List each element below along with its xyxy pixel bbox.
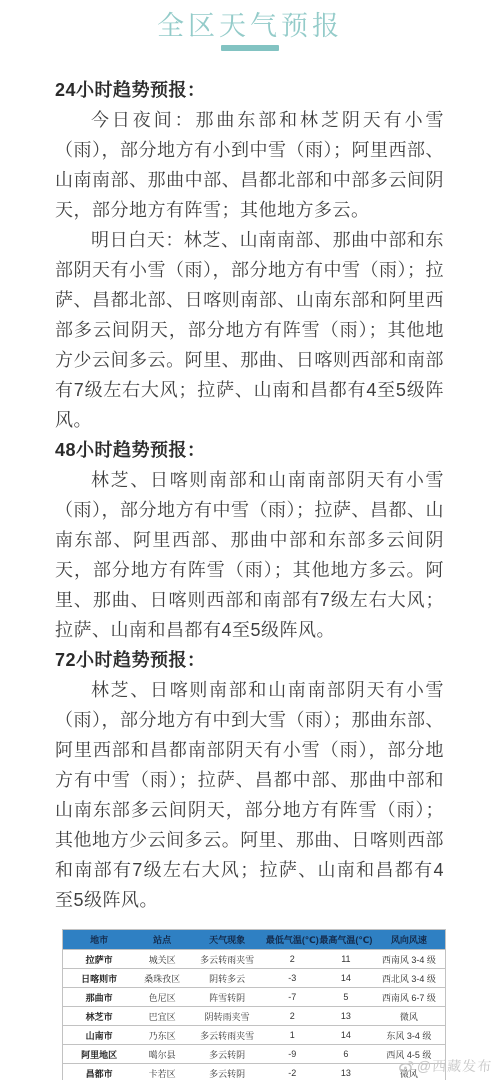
table-row: 林芝市 巴宜区 阴转雨夹雪 2 13 微风 xyxy=(63,1007,446,1026)
table-row: 拉萨市 城关区 多云转雨夹雪 2 11 西南风 3-4 级 xyxy=(63,950,446,969)
weather-bulletin: 全区天气预报 24小时趋势预报： 今日夜间：那曲东部和林芝阴天有小雪（雨），部分… xyxy=(0,0,500,1080)
table-cell-station: 乃东区 xyxy=(135,1026,189,1045)
table-cell-station: 噶尔县 xyxy=(135,1045,189,1064)
table-header-row: 地市 站点 天气现象 最低气温(℃) 最高气温(℃) 风向风速 xyxy=(63,930,446,950)
section-72h: 72小时趋势预报： 林芝、日喀则南部和山南南部阴天有小雪（雨），部分地方有中到大… xyxy=(55,645,444,915)
table-cell-tmin: 1 xyxy=(265,1026,319,1045)
column-header-tmax: 最高气温(℃) xyxy=(319,930,373,950)
table-cell-weather: 阵雪转阴 xyxy=(189,988,266,1007)
table-cell-station: 巴宜区 xyxy=(135,1007,189,1026)
table-cell-station: 卡若区 xyxy=(135,1064,189,1080)
table-cell-station: 色尼区 xyxy=(135,988,189,1007)
forecast-paragraph: 明日白天：林芝、山南南部、那曲中部和东部阴天有小雪（雨），部分地方有中雪（雨）；… xyxy=(55,225,444,435)
table-row: 那曲市 色尼区 阵雪转阴 -7 5 西南风 6-7 级 xyxy=(63,988,446,1007)
table-cell-wind: 东风 3-4 级 xyxy=(373,1026,446,1045)
table-cell-weather: 多云转雨夹雪 xyxy=(189,950,266,969)
table-cell-city: 山南市 xyxy=(63,1026,136,1045)
forecast-paragraph: 林芝、日喀则南部和山南南部阴天有小雪（雨），部分地方有中雪（雨）；拉萨、昌都、山… xyxy=(55,465,444,645)
table-cell-city: 那曲市 xyxy=(63,988,136,1007)
table-cell-wind: 西南风 3-4 级 xyxy=(373,950,446,969)
table-cell-wind: 西北风 3-4 级 xyxy=(373,969,446,988)
table-cell-station: 城关区 xyxy=(135,950,189,969)
table-cell-tmax: 6 xyxy=(319,1045,373,1064)
title-underline xyxy=(221,45,279,51)
table-cell-weather: 多云转阴 xyxy=(189,1045,266,1064)
table-cell-tmin: -9 xyxy=(265,1045,319,1064)
column-header-station: 站点 xyxy=(135,930,189,950)
table-cell-wind: 西南风 6-7 级 xyxy=(373,988,446,1007)
section-heading-72h: 72小时趋势预报： xyxy=(55,645,444,675)
forecast-paragraph: 今日夜间：那曲东部和林芝阴天有小雪（雨），部分地方有小到中雪（雨）；阿里西部、山… xyxy=(55,105,444,225)
table-cell-city: 日喀则市 xyxy=(63,969,136,988)
section-heading-48h: 48小时趋势预报： xyxy=(55,435,444,465)
table-cell-weather: 多云转阴 xyxy=(189,1064,266,1080)
table-cell-city: 林芝市 xyxy=(63,1007,136,1026)
table-cell-tmax: 5 xyxy=(319,988,373,1007)
table-cell-tmax: 14 xyxy=(319,1026,373,1045)
table-cell-city: 阿里地区 xyxy=(63,1045,136,1064)
table-cell-city: 拉萨市 xyxy=(63,950,136,969)
table-cell-tmin: 2 xyxy=(265,950,319,969)
table-cell-weather: 阴转雨夹雪 xyxy=(189,1007,266,1026)
table-row: 山南市 乃东区 多云转雨夹雪 1 14 东风 3-4 级 xyxy=(63,1026,446,1045)
forecast-body: 24小时趋势预报： 今日夜间：那曲东部和林芝阴天有小雪（雨），部分地方有小到中雪… xyxy=(55,75,444,915)
section-48h: 48小时趋势预报： 林芝、日喀则南部和山南南部阴天有小雪（雨），部分地方有中雪（… xyxy=(55,435,444,645)
table-cell-weather: 多云转雨夹雪 xyxy=(189,1026,266,1045)
column-header-tmin: 最低气温(℃) xyxy=(265,930,319,950)
table-cell-tmin: -3 xyxy=(265,969,319,988)
weibo-icon xyxy=(398,1059,414,1073)
table-row: 日喀则市 桑珠孜区 阴转多云 -3 14 西北风 3-4 级 xyxy=(63,969,446,988)
column-header-city: 地市 xyxy=(63,930,136,950)
bulletin-header: 全区天气预报 xyxy=(0,0,500,51)
table-cell-tmin: -7 xyxy=(265,988,319,1007)
watermark-text: @西藏发布 xyxy=(416,1056,493,1076)
column-header-wind: 风向风速 xyxy=(373,930,446,950)
table-cell-tmin: 2 xyxy=(265,1007,319,1026)
weibo-watermark: @西藏发布 xyxy=(398,1056,493,1076)
table-cell-city: 昌都市 xyxy=(63,1064,136,1080)
table-cell-station: 桑珠孜区 xyxy=(135,969,189,988)
page-title: 全区天气预报 xyxy=(0,10,500,43)
table-row: 阿里地区 噶尔县 多云转阴 -9 6 西风 4-5 级 xyxy=(63,1045,446,1064)
forecast-paragraph: 林芝、日喀则南部和山南南部阴天有小雪（雨），部分地方有中到大雪（雨）；那曲东部、… xyxy=(55,675,444,915)
city-weather-table: 地市 站点 天气现象 最低气温(℃) 最高气温(℃) 风向风速 拉萨市 城关区 … xyxy=(62,929,446,1080)
section-24h: 24小时趋势预报： 今日夜间：那曲东部和林芝阴天有小雪（雨），部分地方有小到中雪… xyxy=(55,75,444,435)
table-cell-tmax: 13 xyxy=(319,1064,373,1080)
table-cell-tmin: -2 xyxy=(265,1064,319,1080)
section-heading-24h: 24小时趋势预报： xyxy=(55,75,444,105)
table-cell-wind: 微风 xyxy=(373,1007,446,1026)
table-row: 昌都市 卡若区 多云转阴 -2 13 微风 xyxy=(63,1064,446,1080)
table-cell-tmax: 14 xyxy=(319,969,373,988)
table-cell-weather: 阴转多云 xyxy=(189,969,266,988)
table-cell-tmax: 13 xyxy=(319,1007,373,1026)
column-header-weather: 天气现象 xyxy=(189,930,266,950)
table-cell-tmax: 11 xyxy=(319,950,373,969)
